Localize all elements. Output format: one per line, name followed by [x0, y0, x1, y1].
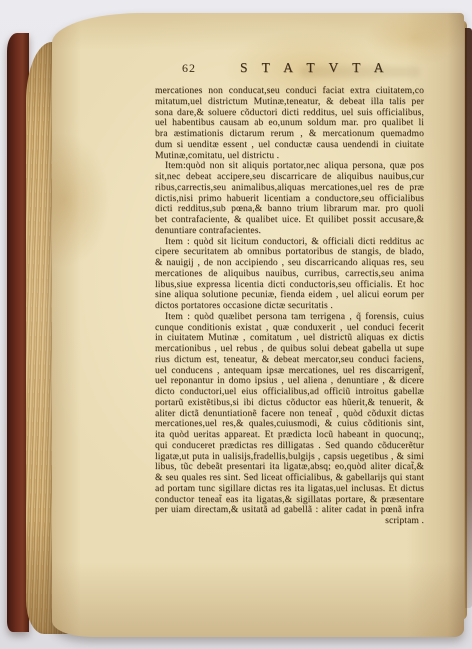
text-line: per uiam directam,& usitatã ad gabellã :… — [155, 505, 424, 516]
book-photo-scene: 62 S T A T V T A mercationes non conduca… — [0, 0, 472, 649]
text-block-body: mercationes non conducat,seu conduci fac… — [155, 86, 424, 527]
running-header: 62 S T A T V T A — [155, 60, 423, 76]
text-line: Item : quòd quælibet persona tam terrige… — [155, 312, 424, 323]
text-line: rius dictum est, teneatur, & debeat merc… — [155, 355, 424, 366]
text-line: ribus,carrectis,seu animalibus,aliquas m… — [155, 183, 424, 194]
text-line: mercationes de aliquibus nauibus, currib… — [155, 269, 424, 280]
text-line: portarũ existẽtibus,si ibi dictus cõduct… — [155, 398, 424, 409]
text-line: mitatum,uel districtum Mutinæ,teneatur, … — [155, 97, 424, 108]
text-line: dum si uenditæ essent , uel conductæ cau… — [155, 140, 424, 151]
text-line: scriptam . — [155, 516, 424, 527]
running-title: S T A T V T A — [240, 60, 389, 76]
text-line: denuntiare contrafacientes. — [155, 226, 424, 237]
page-number: 62 — [182, 61, 196, 76]
text-line: ad portam tunc sigillare dictas res ita … — [155, 484, 424, 495]
text-line: qui conduceret prædictas res dilligatas … — [155, 441, 424, 452]
right-cover-edge — [465, 28, 472, 608]
